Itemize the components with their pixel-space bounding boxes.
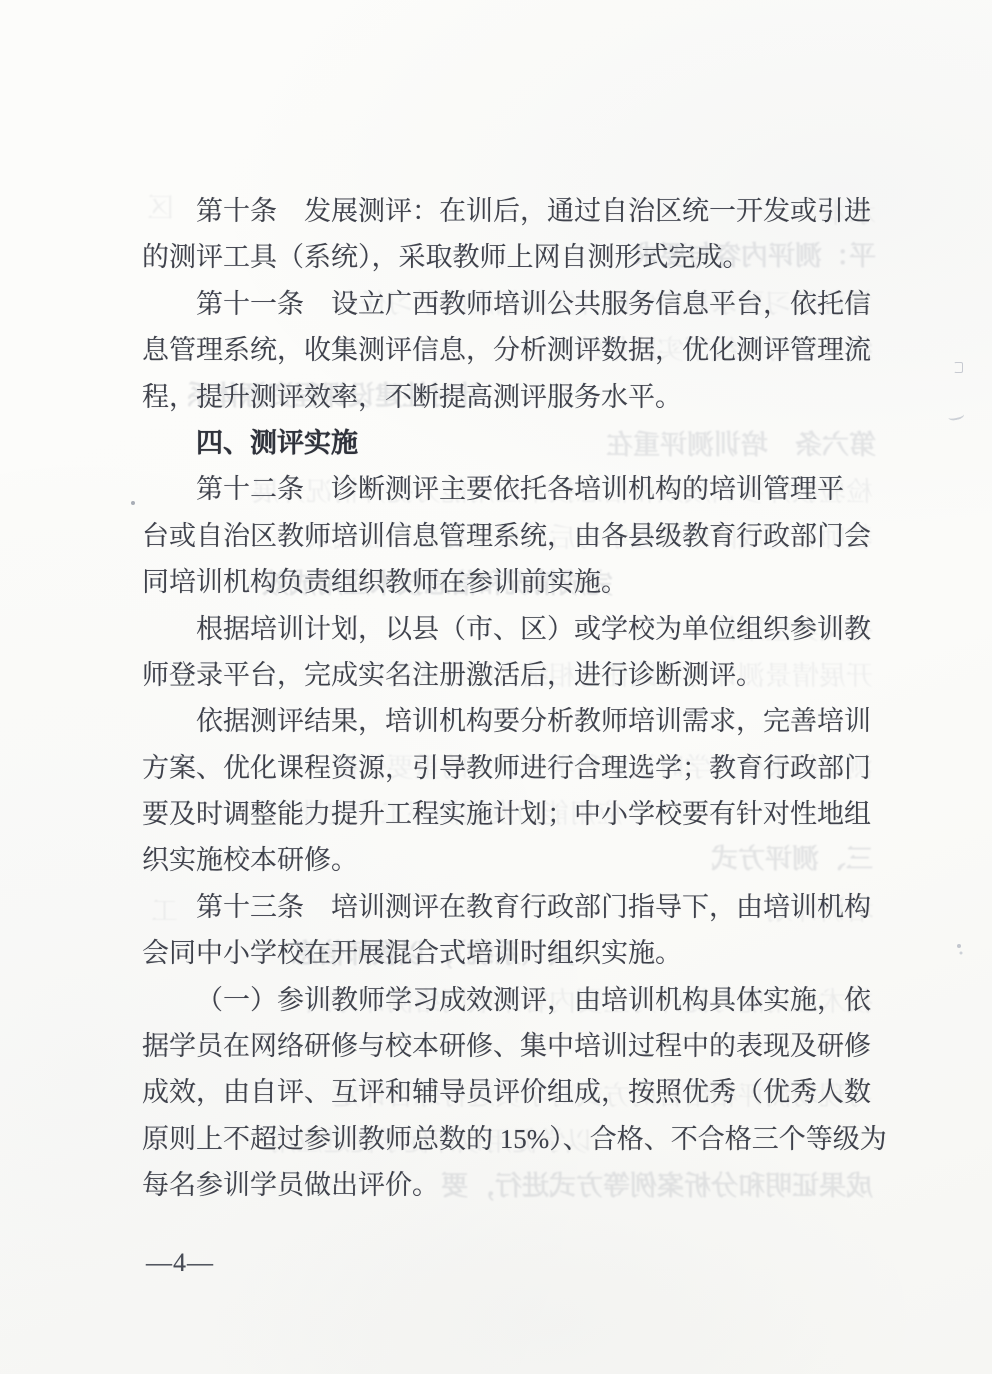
text-line: 第十二条 诊断测评主要依托各培训机构的培训管理平 [142,466,882,512]
text-line: 第十三条 培训测评在教育行政部门指导下，由培训机构 [142,884,882,930]
text-line: 第十一条 设立广西教师培训公共服务信息平台，依托信 [142,281,882,327]
text-line: 的测评工具（系统），采取教师上网自测形式完成。 [142,234,882,280]
text-line: 同培训机构负责组织教师在参训前实施。 [142,559,882,605]
text-line: 台或自治区教师培训信息管理系统，由各县级教育行政部门会 [142,513,882,559]
text-line: 息管理系统，收集测评信息，分析测评数据，优化测评管理流 [142,327,882,373]
text-line: 据学员在网络研修与校本研修、集中培训过程中的表现及研修 [142,1023,882,1069]
text-line: 程，提升测评效率，不断提高测评服务水平。 [142,374,882,420]
text-line: 成效，由自评、互评和辅导员评价组成，按照优秀（优秀人数 [142,1069,882,1115]
text-line: 根据培训计划，以县（市、区）或学校为单位组织参训教 [142,606,882,652]
scan-speck [947,409,965,421]
text-line: 会同中小学校在开展混合式培训时组织实施。 [142,930,882,976]
text-line: 原则上不超过参训教师总数的 15%）、合格、不合格三个等级为 [142,1116,882,1162]
document-body: 第十条 发展测评：在训后，通过自治区统一开发或引进的测评工具（系统），采取教师上… [142,188,882,1209]
text-line: 要及时调整能力提升工程实施计划；中小学校要有针对性地组 [142,791,882,837]
page-number: —4— [146,1248,214,1278]
scan-speck [957,944,961,948]
section-heading: 四、测评实施 [142,420,882,466]
text-line: 第十条 发展测评：在训后，通过自治区统一开发或引进 [142,188,882,234]
text-line: 依据测评结果，培训机构要分析教师培训需求，完善培训 [142,698,882,744]
text-line: 师登录平台，完成实名注册激活后，进行诊断测评。 [142,652,882,698]
scanned-document-page: 区水本平：测评内容与要求课程学习要求规定学时并完成相应的学习任务线上学习与线下实… [0,0,992,1374]
text-line: 织实施校本研修。 [142,837,882,883]
scan-speck [954,362,963,373]
text-line: 方案、优化课程资源，引导教师进行合理选学；教育行政部门 [142,745,882,791]
text-line: 每名参训学员做出评价。 [142,1162,882,1208]
text-line: （一）参训教师学习成效测评，由培训机构具体实施，依 [142,977,882,1023]
scan-speck [131,501,135,505]
